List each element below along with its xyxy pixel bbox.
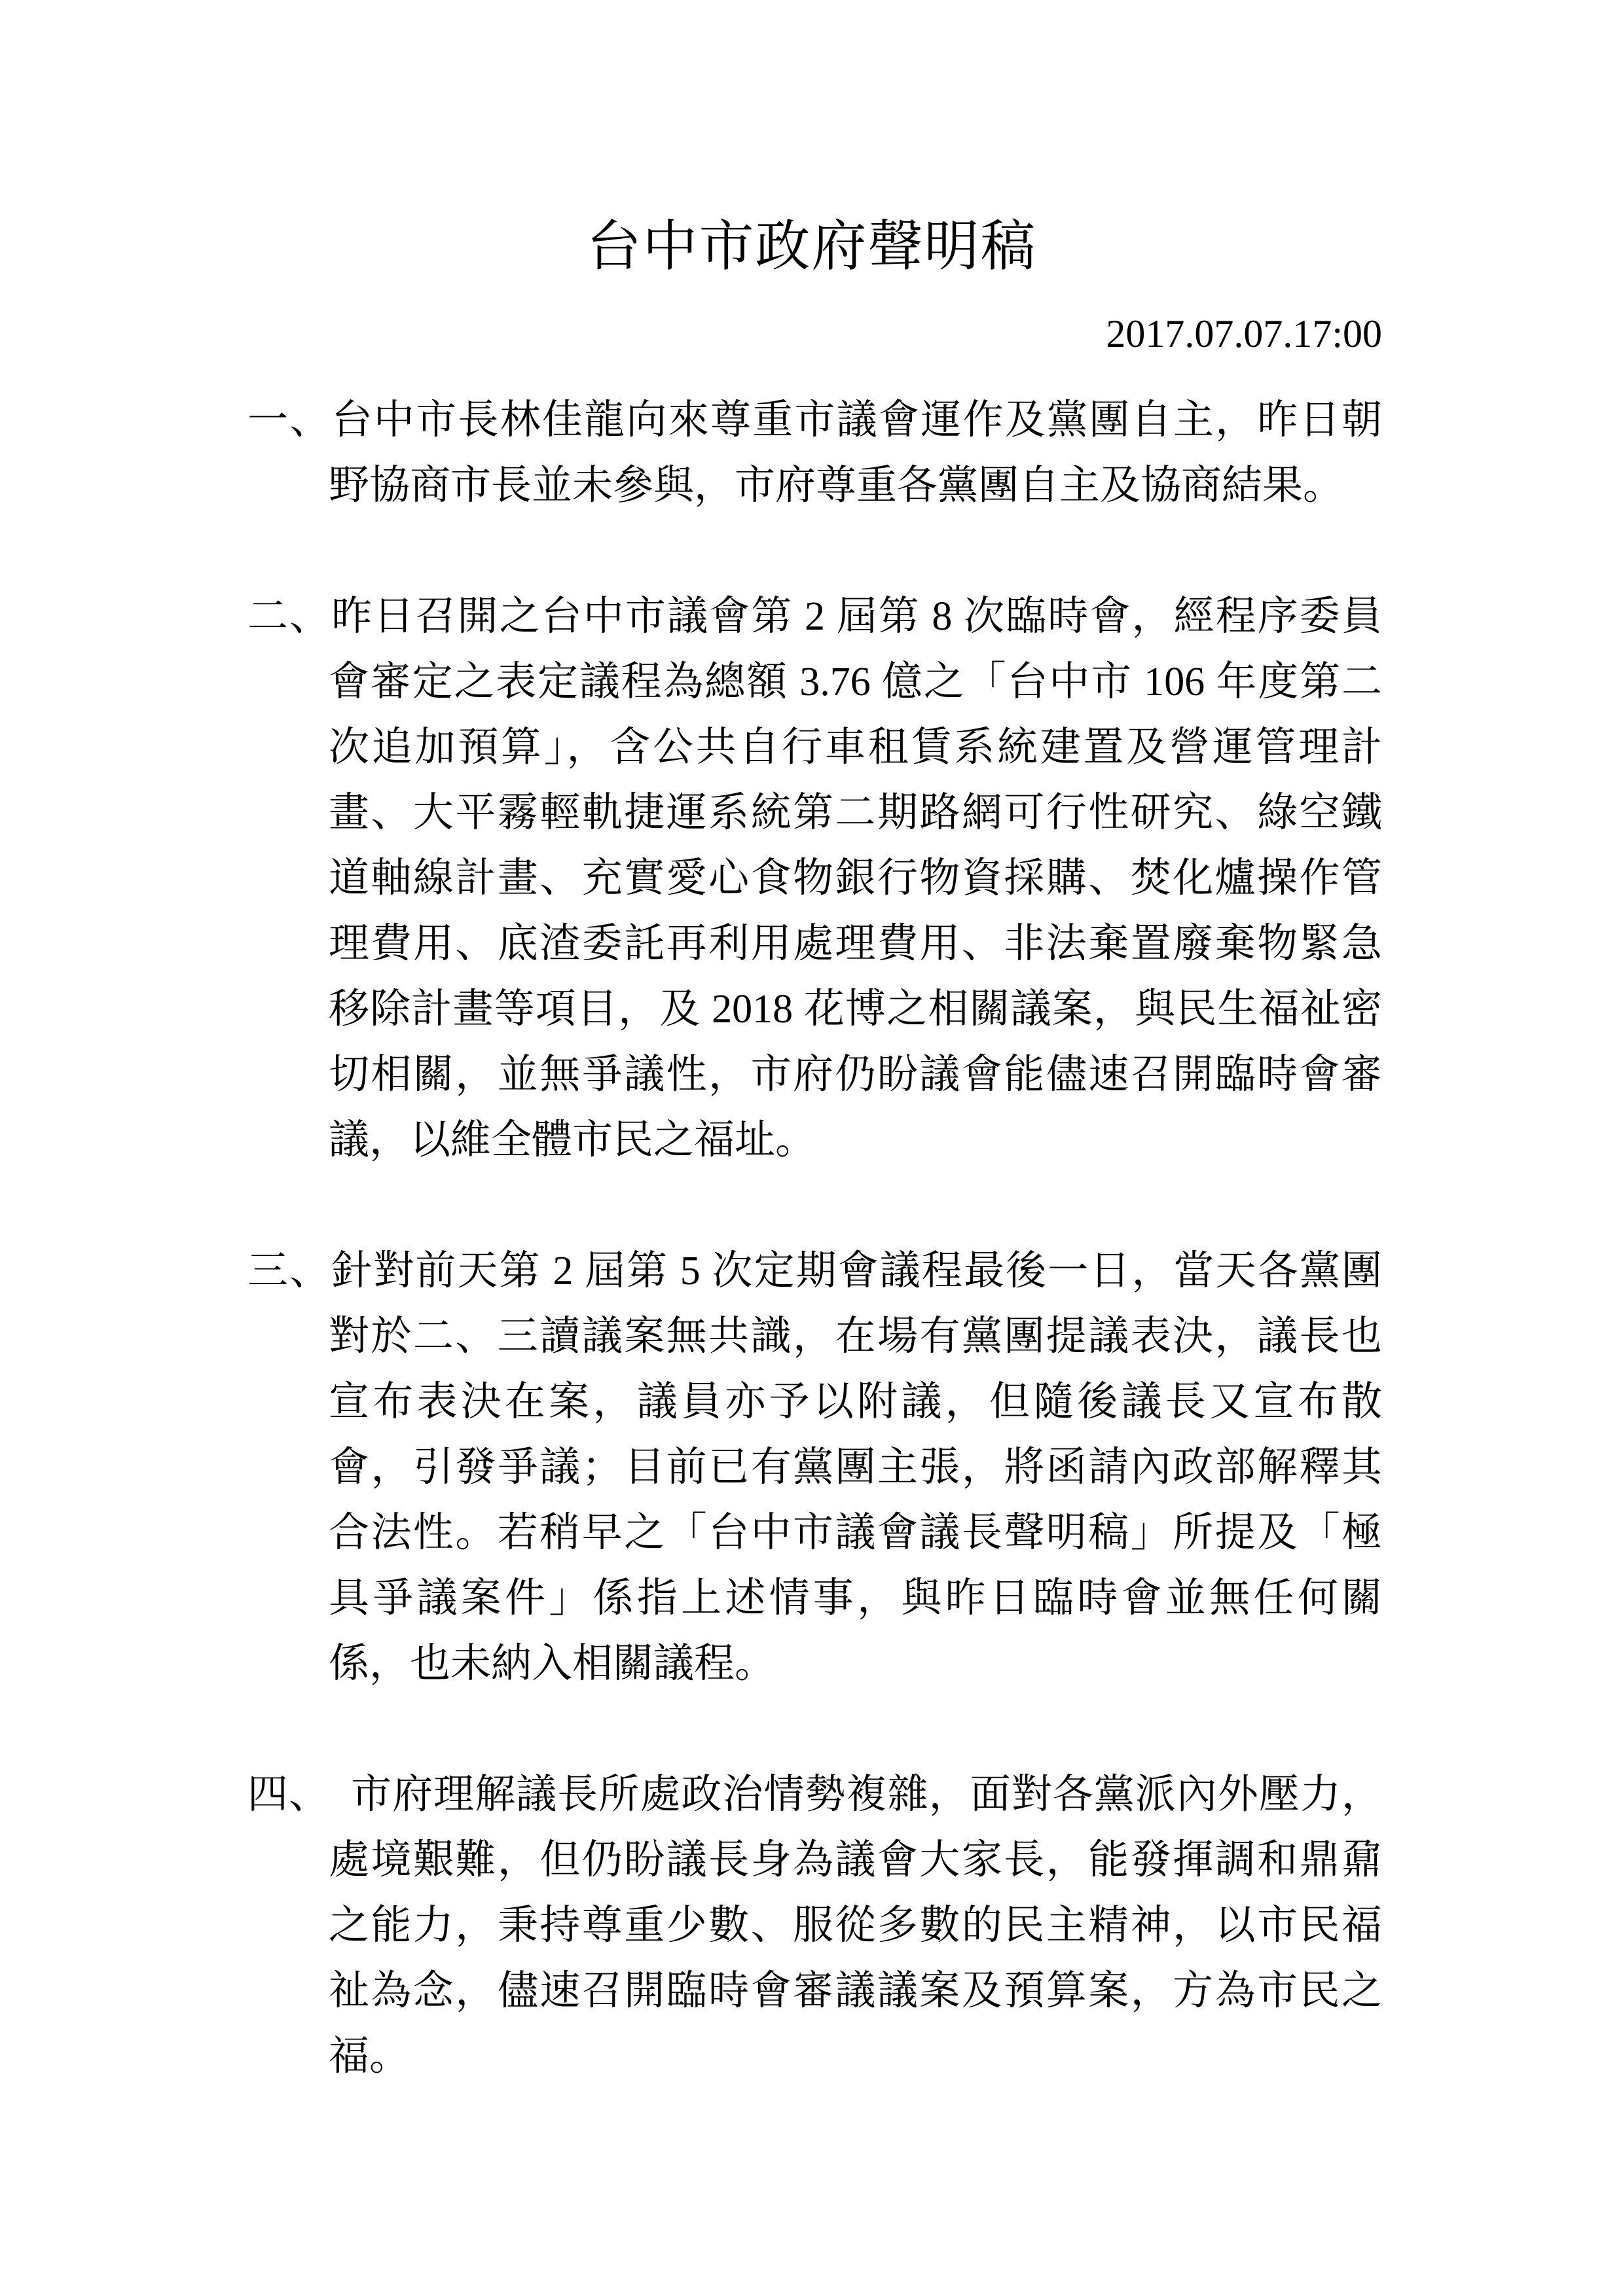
statement-item-3: 三、針對前天第 2 屆第 5 次定期會議程最後一日，當天各黨團對於二、三讀議案無… (247, 1238, 1382, 1696)
document-datetime: 2017.07.07.17:00 (0, 314, 1623, 353)
statement-item-3-text: 針對前天第 2 屆第 5 次定期會議程最後一日，當天各黨團對於二、三讀議案無共識… (329, 1249, 1382, 1686)
statement-item-4-number: 四、 (247, 1772, 310, 1817)
statement-item-2-text: 昨日召開之台中市議會第 2 屆第 8 次臨時會，經程序委員會審定之表定議程為總額… (329, 594, 1382, 1162)
statement-item-4-text: 市府理解議長所處政治情勢複雜，面對各黨派內外壓力，處境艱難，但仍盼議長身為議會大… (310, 1772, 1382, 2079)
statement-page: 台中市政府聲明稿 2017.07.07.17:00 一、台中市長林佳龍向來尊重市… (0, 0, 1623, 2296)
statement-item-4: 四、 市府理解議長所處政治情勢複雜，面對各黨派內外壓力，處境艱難，但仍盼議長身為… (247, 1762, 1382, 2089)
statement-item-3-number: 三、 (247, 1249, 331, 1293)
statement-list: 一、台中市長林佳龍向來尊重市議會運作及黨團自主，昨日朝野協商市長並未參與，市府尊… (247, 387, 1382, 2089)
statement-item-2: 二、昨日召開之台中市議會第 2 屆第 8 次臨時會，經程序委員會審定之表定議程為… (247, 584, 1382, 1173)
document-title: 台中市政府聲明稿 (0, 0, 1623, 278)
statement-item-1-number: 一、 (247, 398, 332, 442)
statement-item-2-number: 二、 (247, 594, 331, 639)
statement-item-1: 一、台中市長林佳龍向來尊重市議會運作及黨團自主，昨日朝野協商市長並未參與，市府尊… (247, 387, 1382, 518)
statement-item-1-text: 台中市長林佳龍向來尊重市議會運作及黨團自主，昨日朝野協商市長並未參與，市府尊重各… (329, 398, 1382, 508)
